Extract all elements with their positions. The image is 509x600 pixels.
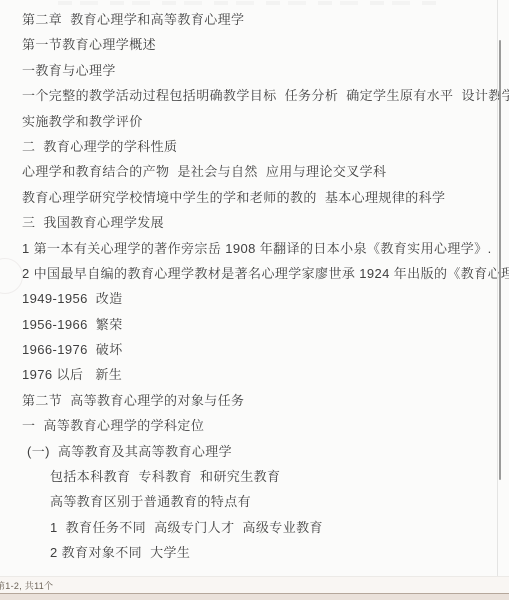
document-body: 第二章 教育心理学和高等教育心理学第一节教育心理学概述一教育与心理学一个完整的教… xyxy=(22,7,495,566)
text-line: 1 第一本有关心理学的著作旁宗岳 1908 年翻译的日本小泉《教育实用心理学》. xyxy=(22,236,495,261)
text-line: 一 高等教育心理学的学科定位 xyxy=(22,413,495,438)
text-line: 实施教学和教学评价 xyxy=(22,109,495,134)
document-viewer: 第二章 教育心理学和高等教育心理学第一节教育心理学概述一教育与心理学一个完整的教… xyxy=(0,0,509,600)
page-edge-line xyxy=(497,0,498,577)
text-line: 高等教育区别于普通教育的特点有 xyxy=(22,489,495,514)
text-line: 1966-1976 破坏 xyxy=(22,337,495,362)
text-line: 第二节 高等教育心理学的对象与任务 xyxy=(22,388,495,413)
text-line: 包括本科教育 专科教育 和研究生教育 xyxy=(22,464,495,489)
text-line: 心理学和教育结合的产物 是社会与自然 应用与理论交叉学科 xyxy=(22,159,495,184)
status-bar: 第1-2, 共11个 xyxy=(0,576,509,593)
text-line: 一教育与心理学 xyxy=(22,58,495,83)
text-line: 第二章 教育心理学和高等教育心理学 xyxy=(22,7,495,32)
bottom-toolbar-edge xyxy=(0,593,509,600)
text-line: 教育心理学研究学校情境中学生的学和老师的教的 基本心理规律的科学 xyxy=(22,185,495,210)
text-line: 2 中国最早自编的教育心理学教材是著名心理学家廖世承 1924 年出版的《教育心… xyxy=(22,261,495,286)
text-line: 二 教育心理学的学科性质 xyxy=(22,134,495,159)
watermark-circle xyxy=(0,258,23,294)
text-line: 第一节教育心理学概述 xyxy=(22,32,495,57)
clipped-line-remnant xyxy=(58,1,439,5)
text-line: 三 我国教育心理学发展 xyxy=(22,210,495,235)
page-count-status: 第1-2, 共11个 xyxy=(0,579,53,592)
text-line: 1976 以后 新生 xyxy=(22,362,495,387)
text-line: 2 教育对象不同 大学生 xyxy=(22,540,495,565)
text-line: (一) 高等教育及其高等教育心理学 xyxy=(22,439,495,464)
scrollbar-thumb[interactable] xyxy=(499,40,501,480)
text-line: 1956-1966 繁荣 xyxy=(22,312,495,337)
text-line: 一个完整的教学活动过程包括明确教学目标 任务分析 确定学生原有水平 设计教学课程 xyxy=(22,83,495,108)
text-line: 1949-1956 改造 xyxy=(22,286,495,311)
text-line: 1 教育任务不同 高级专门人才 高级专业教育 xyxy=(22,515,495,540)
